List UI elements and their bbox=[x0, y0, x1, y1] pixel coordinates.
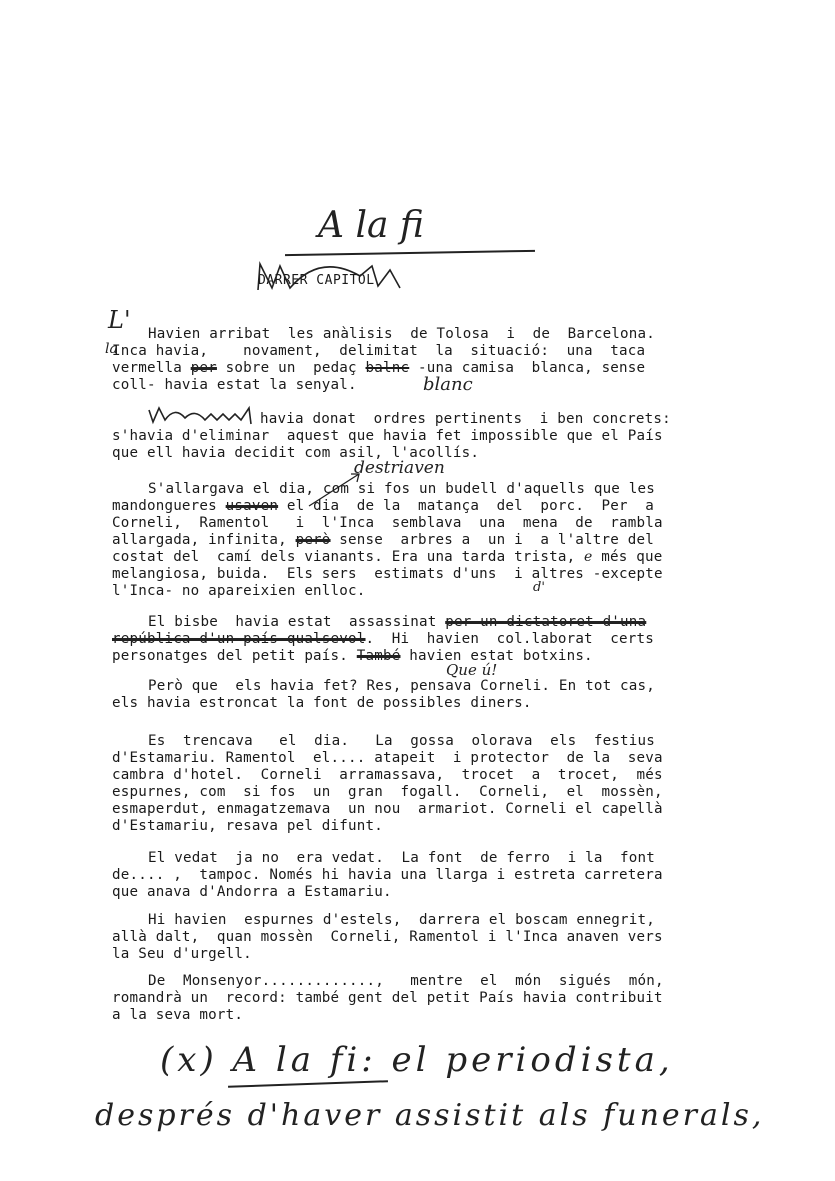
title-scribble bbox=[250, 258, 410, 298]
blanc-correction: blanc bbox=[423, 374, 473, 395]
text-line: allargada, infinita, però sense arbres a… bbox=[112, 532, 752, 549]
text-line: Hi havien espurnes d'estels, darrera el … bbox=[112, 912, 752, 929]
struck-phrase: per un dictatoret d'una bbox=[445, 614, 646, 630]
destriaven-insert: destriaven bbox=[354, 458, 445, 478]
text-line: romandrà un record: també gent del petit… bbox=[112, 990, 752, 1007]
text-line: la Seu d'urgell. bbox=[112, 946, 752, 963]
text-line: S'allargava el dia, com si fos un budell… bbox=[112, 481, 752, 498]
text-line: d'Estamariu, resava pel difunt. bbox=[112, 818, 752, 835]
text-line: allà dalt, quan mossèn Corneli, Ramentol… bbox=[112, 929, 752, 946]
text-line: esmaperdut, enmagatzemava un nou armario… bbox=[112, 801, 752, 818]
text-line: república d'un país qualsevol. Hi havien… bbox=[112, 631, 752, 648]
paragraph-6: Es trencava el dia. La gossa olorava els… bbox=[112, 733, 752, 835]
text-line: El bisbe havia estat assassinat per un d… bbox=[112, 614, 752, 631]
struck-word: però bbox=[296, 532, 331, 548]
text-line: de.... , tampoc. Només hi havia una llar… bbox=[112, 867, 752, 884]
d-insert: d' bbox=[533, 580, 545, 595]
struck-word: També bbox=[357, 648, 401, 664]
paragraph-3: S'allargava el dia, com si fos un budell… bbox=[112, 481, 752, 600]
text-line: Es trencava el dia. La gossa olorava els… bbox=[112, 733, 752, 750]
text-line: Inca havia, novament, delimitat la situa… bbox=[112, 343, 752, 360]
inca-prefix-mark: la bbox=[105, 341, 118, 357]
paragraph-5: Però que els havia fet? Res, pensava Cor… bbox=[112, 678, 752, 712]
paragraph-4: El bisbe havia estat assassinat per un d… bbox=[112, 614, 752, 665]
text-line: Havien arribat les anàlisis de Tolosa i … bbox=[112, 326, 752, 343]
paragraph-7: El vedat ja no era vedat. La font de fer… bbox=[112, 850, 752, 901]
text-line: personatges del petit país. També havien… bbox=[112, 648, 752, 665]
text-line: d'Estamariu. Ramentol el.... atapeit i p… bbox=[112, 750, 752, 767]
text-line: l'Inca- no apareixien enlloc. bbox=[112, 583, 752, 600]
document-page: A la fi DARRER CAPITOL L' Havien arribat… bbox=[0, 0, 835, 1181]
text-line: cambra d'hotel. Corneli arramassava, tro… bbox=[112, 767, 752, 784]
struck-word: per bbox=[191, 360, 217, 376]
text-line: s'havia d'eliminar aquest que havia fet … bbox=[112, 428, 752, 445]
struck-word: usaven bbox=[226, 498, 278, 514]
text-line: Corneli, Ramentol i l'Inca semblava una … bbox=[112, 515, 752, 532]
heading-underline bbox=[285, 250, 535, 256]
text-line: costat del camí dels vianants. Era una t… bbox=[112, 549, 752, 566]
bottom-note-underline bbox=[228, 1080, 388, 1088]
paragraph-9: De Monsenyor............., mentre el món… bbox=[112, 973, 752, 1024]
struck-phrase: república d'un país qualsevol bbox=[112, 631, 366, 647]
text-line: De Monsenyor............., mentre el món… bbox=[112, 973, 752, 990]
struck-word: balnc bbox=[366, 360, 410, 376]
text-line: mandongueres usaven el dia de la matança… bbox=[112, 498, 752, 515]
paragraph-8: Hi havien espurnes d'estels, darrera el … bbox=[112, 912, 752, 963]
que-insert: Que ú! bbox=[446, 661, 497, 679]
text-line: que anava d'Andorra a Estamariu. bbox=[112, 884, 752, 901]
text-line: a la seva mort. bbox=[112, 1007, 752, 1024]
text-line: els havia estroncat la font de possibles… bbox=[112, 695, 752, 712]
text-line: Però que els havia fet? Res, pensava Cor… bbox=[112, 678, 752, 695]
apalau-scribble bbox=[145, 400, 270, 430]
bottom-note-line-1: (x) A la fi: el periodista, bbox=[160, 1040, 674, 1080]
text-line: El vedat ja no era vedat. La font de fer… bbox=[112, 850, 752, 867]
bottom-note-line-2: després d'haver assistit als funerals, bbox=[95, 1098, 764, 1133]
e-insert: e bbox=[584, 549, 593, 565]
text-line: espurnes, com si fos un gran fogall. Cor… bbox=[112, 784, 752, 801]
text-line: melangiosa, buida. Els sers estimats d'u… bbox=[112, 566, 752, 583]
handwritten-heading: A la fi bbox=[318, 205, 424, 246]
